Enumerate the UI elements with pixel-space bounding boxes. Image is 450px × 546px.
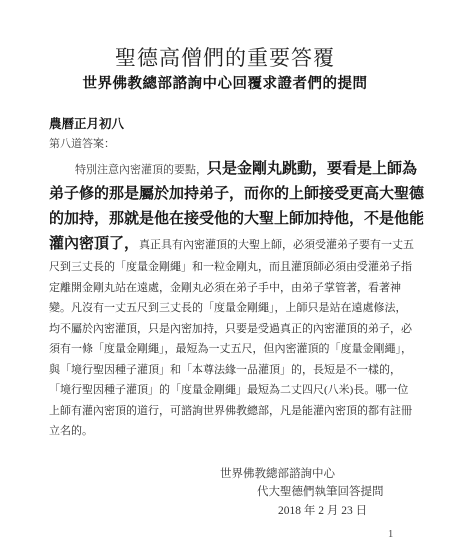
answer-text-emphasis: 弟子修的那是屬於加持弟子，而你的上師接受更高大聖德 bbox=[49, 186, 424, 202]
answer-text-emphasis: 的加持，那就是他在接受他的大聖上師加持他，不是他能 bbox=[49, 211, 424, 227]
answer-text-emphasis: 灌內密頂了， bbox=[49, 236, 139, 252]
answer-paragraph: 特別注意內密灌頂的要點，只是金剛丸跳動，要看是上師為 弟子修的那是屬於加持弟子，… bbox=[49, 157, 426, 442]
answer-text-body: 定離開金剛丸站在遠處，金剛丸必須在弟子手中，由弟子掌管著，看著神 bbox=[49, 282, 401, 294]
answer-line: 灌內密頂了，真正具有內密灌頂的大聖上師，必須受灌弟子要有一丈五 bbox=[49, 232, 426, 257]
answer-text-body: 上師有灌內密頂的道行，可諮詢世界佛教總部，凡是能灌內密頂的都有註冊 bbox=[49, 405, 412, 417]
document-subtitle: 世界佛教總部諮詢中心回覆求證者們的提問 bbox=[0, 75, 450, 93]
answer-text-body: 均不屬於內密灌頂，只是內密加持，只要是受過真正的內密灌頂的弟子，必 bbox=[49, 323, 412, 335]
answer-line: 特別注意內密灌頂的要點，只是金剛丸跳動，要看是上師為 bbox=[49, 157, 426, 182]
answer-line: 上師有灌內密頂的道行，可諮詢世界佛教總部，凡是能灌內密頂的都有註冊 bbox=[49, 401, 426, 422]
signature-organization: 世界佛教總部諮詢中心 bbox=[220, 465, 450, 484]
lunar-date-heading: 農曆正月初八 bbox=[49, 117, 450, 131]
answer-text-body: 須有一條「度量金剛繩」，最短為一丈五尺，但內密灌頂的「度量金剛繩」， bbox=[49, 343, 412, 355]
answer-text-emphasis: 只是金剛丸跳動，要看是上師為 bbox=[207, 161, 417, 177]
answer-text-body: 尺到三丈長的「度量金剛繩」和一粒金剛丸，而且灌頂師必須由受灌弟子指 bbox=[49, 261, 412, 273]
answer-line: 的加持，那就是他在接受他的大聖上師加持他，不是他能 bbox=[49, 207, 426, 232]
answer-line: 須有一條「度量金剛繩」，最短為一丈五尺，但內密灌頂的「度量金剛繩」， bbox=[49, 339, 426, 360]
document-title: 聖德高僧們的重要答覆 bbox=[0, 0, 450, 70]
answer-line: 均不屬於內密灌頂，只是內密加持，只要是受過真正的內密灌頂的弟子，必 bbox=[49, 319, 426, 340]
signature-block: 世界佛教總部諮詢中心 代大聖德們執筆回答提問 2018 年 2 月 23 日 bbox=[0, 465, 450, 521]
signature-date: 2018 年 2 月 23 日 bbox=[278, 502, 450, 521]
signature-byline: 代大聖德們執筆回答提問 bbox=[257, 483, 450, 502]
page-number: 1 bbox=[388, 529, 393, 540]
answer-line: 尺到三丈長的「度量金剛繩」和一粒金剛丸，而且灌頂師必須由受灌弟子指 bbox=[49, 257, 426, 278]
answer-text-body: 「境行聖因種子灌頂」的「度量金剛繩」最短為二丈四尺(八米)長。哪一位 bbox=[49, 384, 408, 396]
answer-line: 變。凡沒有一丈五尺到三丈長的「度量金剛繩」，上師只是站在遠處修法， bbox=[49, 298, 426, 319]
answer-text-intro: 特別注意內密灌頂的要點， bbox=[75, 164, 207, 176]
answer-number-label: 第八道答案： bbox=[49, 137, 450, 151]
answer-text-body: 真正具有內密灌頂的大聖上師，必須受灌弟子要有一丈五 bbox=[139, 239, 414, 251]
answer-text-body: 變。凡沒有一丈五尺到三丈長的「度量金剛繩」，上師只是站在遠處修法， bbox=[49, 302, 407, 314]
answer-line: 與「境行聖因種子灌頂」和「本尊法緣一品灌頂」的，長短是不一樣的， bbox=[49, 360, 426, 381]
answer-line: 定離開金剛丸站在遠處，金剛丸必須在弟子手中，由弟子掌管著，看著神 bbox=[49, 278, 426, 299]
answer-text-body: 立名的。 bbox=[49, 425, 93, 437]
answer-line: 弟子修的那是屬於加持弟子，而你的上師接受更高大聖德 bbox=[49, 182, 426, 207]
document-page: 聖德高僧們的重要答覆 世界佛教總部諮詢中心回覆求證者們的提問 農曆正月初八 第八… bbox=[0, 0, 450, 546]
answer-line: 「境行聖因種子灌頂」的「度量金剛繩」最短為二丈四尺(八米)長。哪一位 bbox=[49, 380, 426, 401]
answer-line: 立名的。 bbox=[49, 421, 426, 442]
answer-text-body: 與「境行聖因種子灌頂」和「本尊法緣一品灌頂」的，長短是不一樣的， bbox=[49, 364, 401, 376]
